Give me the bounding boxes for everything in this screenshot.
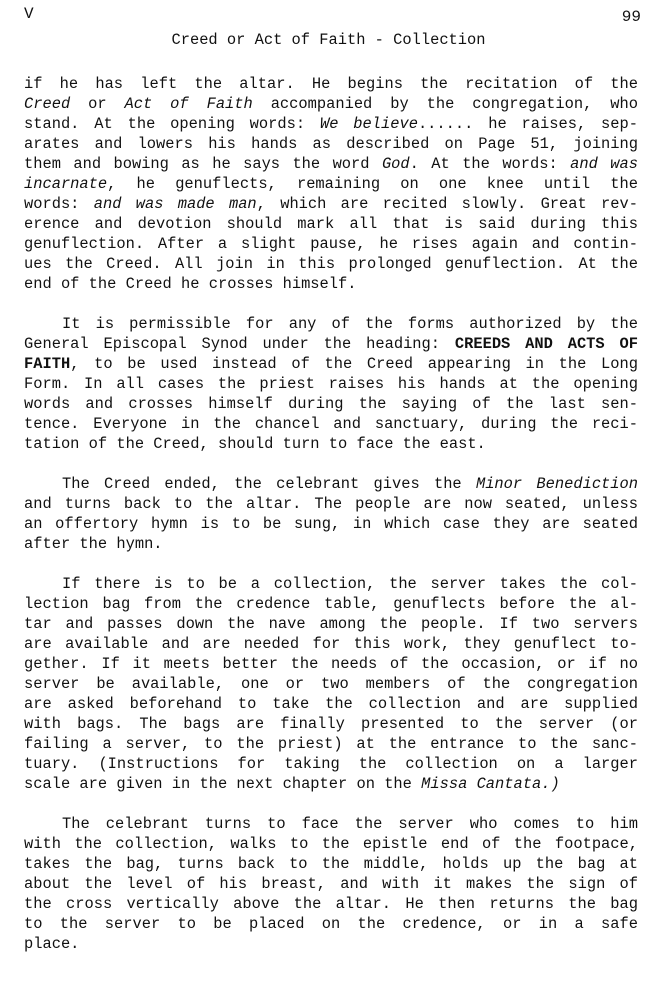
text-run: gether. If it meets better the needs of … — [24, 655, 638, 673]
text-run: with bags. The bags are finally presente… — [24, 715, 638, 733]
text-line: incarnate, he genuflects, remaining on o… — [24, 174, 638, 194]
running-title: Creed or Act of Faith - Collection — [0, 31, 657, 49]
text-line: tuary. (Instructions for taking the coll… — [24, 754, 638, 774]
italic-text: God — [382, 155, 410, 173]
text-line: FAITH, to be used instead of the Creed a… — [24, 354, 638, 374]
text-run: . At the words: — [410, 155, 571, 173]
text-run: , which are recited slowly. Great rev- — [257, 195, 638, 213]
text-run: the cross vertically above the altar. He… — [24, 895, 638, 913]
text-run: are asked beforehand to take the collect… — [24, 695, 638, 713]
text-run: words: — [24, 195, 94, 213]
text-line: lection bag from the credence table, gen… — [24, 594, 638, 614]
text-line: The celebrant turns to face the server w… — [24, 814, 638, 834]
text-line: Form. In all cases the priest raises his… — [24, 374, 638, 394]
text-run: arates and lowers his hands as described… — [24, 135, 638, 153]
text-run: General Episcopal Synod under the headin… — [24, 335, 455, 353]
text-run: are available and are needed for this wo… — [24, 635, 638, 653]
text-run: about the level of his breast, and with … — [24, 875, 638, 893]
text-line: takes the bag, turns back to the middle,… — [24, 854, 638, 874]
text-run: if he has left the altar. He begins the … — [24, 75, 638, 93]
paragraph-creed-recitation: if he has left the altar. He begins the … — [24, 74, 638, 294]
text-run: words and crosses himself during the say… — [24, 395, 638, 413]
text-run: stand. At the opening words: — [24, 115, 320, 133]
text-run: takes the bag, turns back to the middle,… — [24, 855, 638, 873]
text-run: failing a server, to the priest) at the … — [24, 735, 638, 753]
document-page: V 99 Creed or Act of Faith - Collection … — [0, 0, 657, 985]
text-line: are available and are needed for this wo… — [24, 634, 638, 654]
text-run: It is permissible for any of the forms a… — [62, 315, 638, 333]
text-line: are asked beforehand to take the collect… — [24, 694, 638, 714]
text-run: accompanied by the congregation, who — [253, 95, 638, 113]
paragraph-alternative-forms: It is permissible for any of the forms a… — [24, 314, 638, 454]
text-line: place. — [24, 934, 638, 954]
text-line: It is permissible for any of the forms a… — [24, 314, 638, 334]
text-run: server be available, one or two members … — [24, 675, 638, 693]
text-line: tation of the Creed, should turn to face… — [24, 434, 638, 454]
text-run: to the server to be placed on the creden… — [24, 915, 638, 933]
italic-text: We believe — [320, 115, 418, 133]
text-run: tuary. (Instructions for taking the coll… — [24, 755, 638, 773]
text-line: after the hymn. — [24, 534, 638, 554]
text-line: with bags. The bags are finally presente… — [24, 714, 638, 734]
text-line: with the collection, walks to the epistl… — [24, 834, 638, 854]
text-line: an offertory hymn is to be sung, in whic… — [24, 514, 638, 534]
text-line: server be available, one or two members … — [24, 674, 638, 694]
text-run: tation of the Creed, should turn to face… — [24, 435, 486, 453]
text-run: The celebrant turns to face the server w… — [62, 815, 638, 833]
text-run: erence and devotion should mark all that… — [24, 215, 638, 233]
caps-text: CREEDS AND ACTS OF — [455, 335, 638, 353]
text-run: place. — [24, 935, 79, 953]
text-line: Creed or Act of Faith accompanied by the… — [24, 94, 638, 114]
text-line: if he has left the altar. He begins the … — [24, 74, 638, 94]
text-line: gether. If it meets better the needs of … — [24, 654, 638, 674]
text-run: with the collection, walks to the epistl… — [24, 835, 638, 853]
text-line: arates and lowers his hands as described… — [24, 134, 638, 154]
text-line: to the server to be placed on the creden… — [24, 914, 638, 934]
text-line: failing a server, to the priest) at the … — [24, 734, 638, 754]
text-line: ues the Creed. All join in this prolonge… — [24, 254, 638, 274]
text-line: General Episcopal Synod under the headin… — [24, 334, 638, 354]
caps-text: FAITH — [24, 355, 70, 373]
chapter-number: V — [24, 5, 34, 23]
paragraph-minor-benediction: The Creed ended, the celebrant gives the… — [24, 474, 638, 554]
text-run: , to be used instead of the Creed appear… — [70, 355, 638, 373]
text-run: them and bowing as he says the word — [24, 155, 382, 173]
italic-text: Creed — [24, 95, 70, 113]
text-run: The Creed ended, the celebrant gives the — [62, 475, 476, 493]
body-text: if he has left the altar. He begins the … — [24, 74, 638, 974]
text-line: the cross vertically above the altar. He… — [24, 894, 638, 914]
text-line: them and bowing as he says the word God.… — [24, 154, 638, 174]
text-run: end of the Creed he crosses himself. — [24, 275, 357, 293]
text-run: Form. In all cases the priest raises his… — [24, 375, 638, 393]
text-run: genuflection. After a slight pause, he r… — [24, 235, 638, 253]
text-run: tence. Everyone in the chancel and sanct… — [24, 415, 638, 433]
text-line: and turns back to the altar. The people … — [24, 494, 638, 514]
italic-text: and was — [570, 155, 638, 173]
text-line: words and crosses himself during the say… — [24, 394, 638, 414]
text-line: words: and was made man, which are recit… — [24, 194, 638, 214]
text-run: , he genuflects, remaining on one knee u… — [107, 175, 638, 193]
text-line: end of the Creed he crosses himself. — [24, 274, 638, 294]
text-run: and turns back to the altar. The people … — [24, 495, 638, 513]
text-line: about the level of his breast, and with … — [24, 874, 638, 894]
text-line: The Creed ended, the celebrant gives the… — [24, 474, 638, 494]
text-line: scale are given in the next chapter on t… — [24, 774, 638, 794]
text-line: stand. At the opening words: We believe.… — [24, 114, 638, 134]
text-run: lection bag from the credence table, gen… — [24, 595, 638, 613]
italic-text: incarnate — [24, 175, 107, 193]
italic-text: Missa Cantata.) — [421, 775, 560, 793]
italic-text: Act of Faith — [125, 95, 253, 113]
text-run: or — [70, 95, 124, 113]
text-run: ...... he raises, sep- — [418, 115, 638, 133]
text-line: tence. Everyone in the chancel and sanct… — [24, 414, 638, 434]
text-run: after the hymn. — [24, 535, 163, 553]
italic-text: and was made man — [94, 195, 257, 213]
page-number: 99 — [622, 8, 641, 26]
text-line: erence and devotion should mark all that… — [24, 214, 638, 234]
text-run: tar and passes down the nave among the p… — [24, 615, 638, 633]
text-run: an offertory hymn is to be sung, in whic… — [24, 515, 638, 533]
text-run: ues the Creed. All join in this prolonge… — [24, 255, 638, 273]
text-run: If there is to be a collection, the serv… — [62, 575, 638, 593]
paragraph-presentation-of-bag: The celebrant turns to face the server w… — [24, 814, 638, 954]
italic-text: Minor Benediction — [476, 475, 638, 493]
text-line: tar and passes down the nave among the p… — [24, 614, 638, 634]
text-line: genuflection. After a slight pause, he r… — [24, 234, 638, 254]
text-line: If there is to be a collection, the serv… — [24, 574, 638, 594]
text-run: scale are given in the next chapter on t… — [24, 775, 421, 793]
paragraph-collection: If there is to be a collection, the serv… — [24, 574, 638, 794]
